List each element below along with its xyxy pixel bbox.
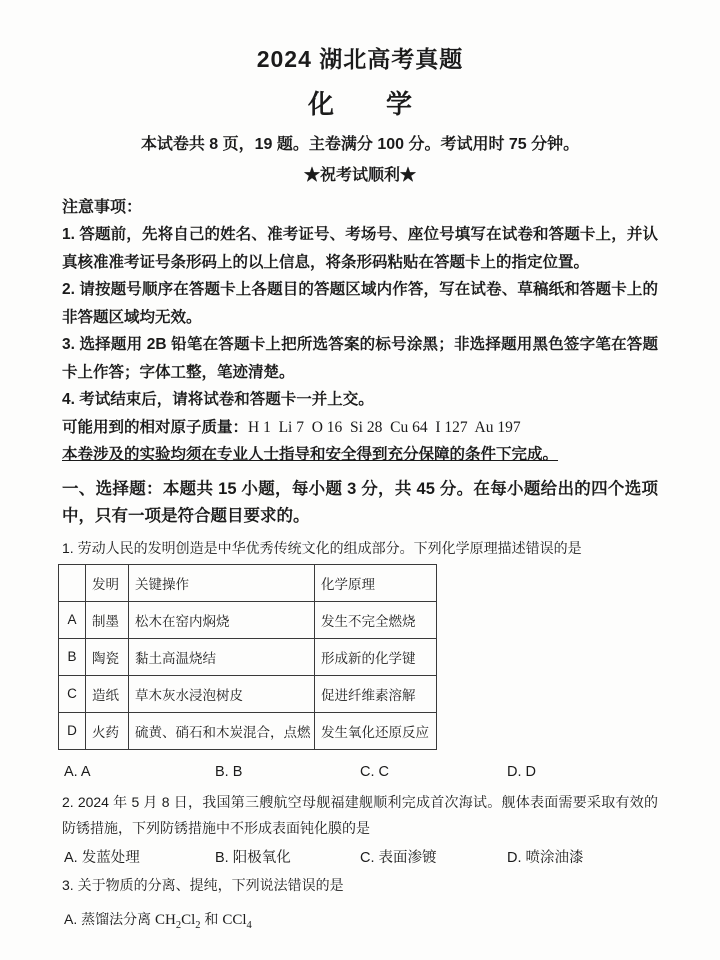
q1-table: 发明 关键操作 化学原理 A 制墨 松木在窑内焖烧 发生不完全燃烧 B 陶瓷 黏… [58, 564, 437, 750]
q1-row-a-label: A [59, 601, 86, 638]
q1-table-row-a: A 制墨 松木在窑内焖烧 发生不完全燃烧 [59, 601, 437, 638]
question-1: 1. 劳动人民的发明创造是中华优秀传统文化的组成部分。下列化学原理描述错误的是 … [62, 535, 658, 782]
notice-heading: 注意事项： [62, 194, 658, 221]
q1-row-a-principle: 发生不完全燃烧 [315, 601, 437, 638]
q1-row-c-invention: 造纸 [86, 675, 129, 712]
section-1-heading: 一、选择题：本题共 15 小题，每小题 3 分，共 45 分。在每小题给出的四个… [62, 476, 658, 531]
q1-row-b-label: B [59, 638, 86, 675]
q1-th-blank [59, 564, 86, 601]
safety-note: 本卷涉及的实验均须在专业人士指导和安全得到充分保障的条件下完成。 [62, 441, 658, 469]
atomic-mass-values: H 1 Li 7 O 16 Si 28 Cu 64 I 127 Au 197 [248, 419, 521, 436]
q1-row-b-principle: 形成新的化学键 [315, 638, 437, 675]
q2-options-row: A. 发蓝处理 B. 阳极氧化 C. 表面渗镀 D. 喷涂油漆 [64, 848, 658, 868]
q1-row-a-operation: 松木在窑内焖烧 [129, 601, 315, 638]
q1-row-d-operation: 硫黄、硝石和木炭混合，点燃 [129, 712, 315, 749]
chemical-formula-ch2cl2: CH2Cl2 [155, 912, 201, 928]
exam-subject: 化 学 [62, 88, 658, 120]
notice-item-3: 3. 选择题用 2B 铅笔在答题卡上把所选答案的标号涂黑；非选择题用黑色签字笔在… [62, 331, 658, 386]
q1-th-principle: 化学原理 [315, 564, 437, 601]
q1-option-d: D. D [507, 762, 658, 782]
q1-row-d-principle: 发生氧化还原反应 [315, 712, 437, 749]
q3-option-a: A. 蒸馏法分离 CH2Cl2 和 CCl4 [64, 906, 658, 933]
q3-option-a-conjunction: 和 [201, 911, 223, 927]
q1-row-b-operation: 黏土高温烧结 [129, 638, 315, 675]
q1-row-d-invention: 火药 [86, 712, 129, 749]
chemical-formula-ccl4: CCl4 [222, 912, 251, 928]
notice-item-1: 1. 答题前，先将自己的姓名、准考证号、考场号、座位号填写在试卷和答题卡上，并认… [62, 221, 658, 276]
q1-row-c-label: C [59, 675, 86, 712]
atomic-mass-label: 可能用到的相对原子质量： [62, 419, 248, 436]
question-3: 3. 关于物质的分离、提纯，下列说法错误的是 A. 蒸馏法分离 CH2Cl2 和… [62, 872, 658, 933]
q3-option-a-text: A. 蒸馏法分离 [64, 911, 155, 927]
notice-item-4: 4. 考试结束后，请将试卷和答题卡一并上交。 [62, 386, 658, 414]
q2-option-d: D. 喷涂油漆 [507, 848, 658, 868]
q1-row-c-principle: 促进纤维素溶解 [315, 675, 437, 712]
q2-option-a: A. 发蓝处理 [64, 848, 215, 868]
exam-paper-page: { "header": { "title": "2024 湖北高考真题", "s… [0, 0, 720, 960]
q1-table-row-d: D 火药 硫黄、硝石和木炭混合，点燃 发生氧化还原反应 [59, 712, 437, 749]
q1-table-row-c: C 造纸 草木灰水浸泡树皮 促进纤维素溶解 [59, 675, 437, 712]
q1-option-c: C. C [360, 762, 507, 782]
q2-option-c: C. 表面渗镀 [360, 848, 507, 868]
q3-stem: 3. 关于物质的分离、提纯，下列说法错误的是 [62, 872, 658, 898]
q1-row-d-label: D [59, 712, 86, 749]
exam-title: 2024 湖北高考真题 [62, 44, 658, 74]
exam-wish-line: ★祝考试顺利★ [62, 165, 658, 187]
q1-table-header-row: 发明 关键操作 化学原理 [59, 564, 437, 601]
notice-item-2: 2. 请按题号顺序在答题卡上各题目的答题区域内作答，写在试卷、草稿纸和答题卡上的… [62, 276, 658, 331]
exam-info-line: 本试卷共 8 页，19 题。主卷满分 100 分。考试用时 75 分钟。 [62, 134, 658, 156]
q2-option-b: B. 阳极氧化 [215, 848, 360, 868]
atomic-mass-line: 可能用到的相对原子质量：H 1 Li 7 O 16 Si 28 Cu 64 I … [62, 414, 658, 442]
q1-th-invention: 发明 [86, 564, 129, 601]
q2-stem: 2. 2024 年 5 月 8 日，我国第三艘航空母舰福建舰顺利完成首次海试。舰… [62, 789, 658, 841]
q1-options-row: A. A B. B C. C D. D [64, 762, 658, 782]
q1-option-a: A. A [64, 762, 215, 782]
q1-table-row-b: B 陶瓷 黏土高温烧结 形成新的化学键 [59, 638, 437, 675]
q1-row-b-invention: 陶瓷 [86, 638, 129, 675]
q1-row-a-invention: 制墨 [86, 601, 129, 638]
q1-row-c-operation: 草木灰水浸泡树皮 [129, 675, 315, 712]
question-2: 2. 2024 年 5 月 8 日，我国第三艘航空母舰福建舰顺利完成首次海试。舰… [62, 789, 658, 868]
q1-th-operation: 关键操作 [129, 564, 315, 601]
q1-stem: 1. 劳动人民的发明创造是中华优秀传统文化的组成部分。下列化学原理描述错误的是 [62, 535, 658, 561]
q1-option-b: B. B [215, 762, 360, 782]
